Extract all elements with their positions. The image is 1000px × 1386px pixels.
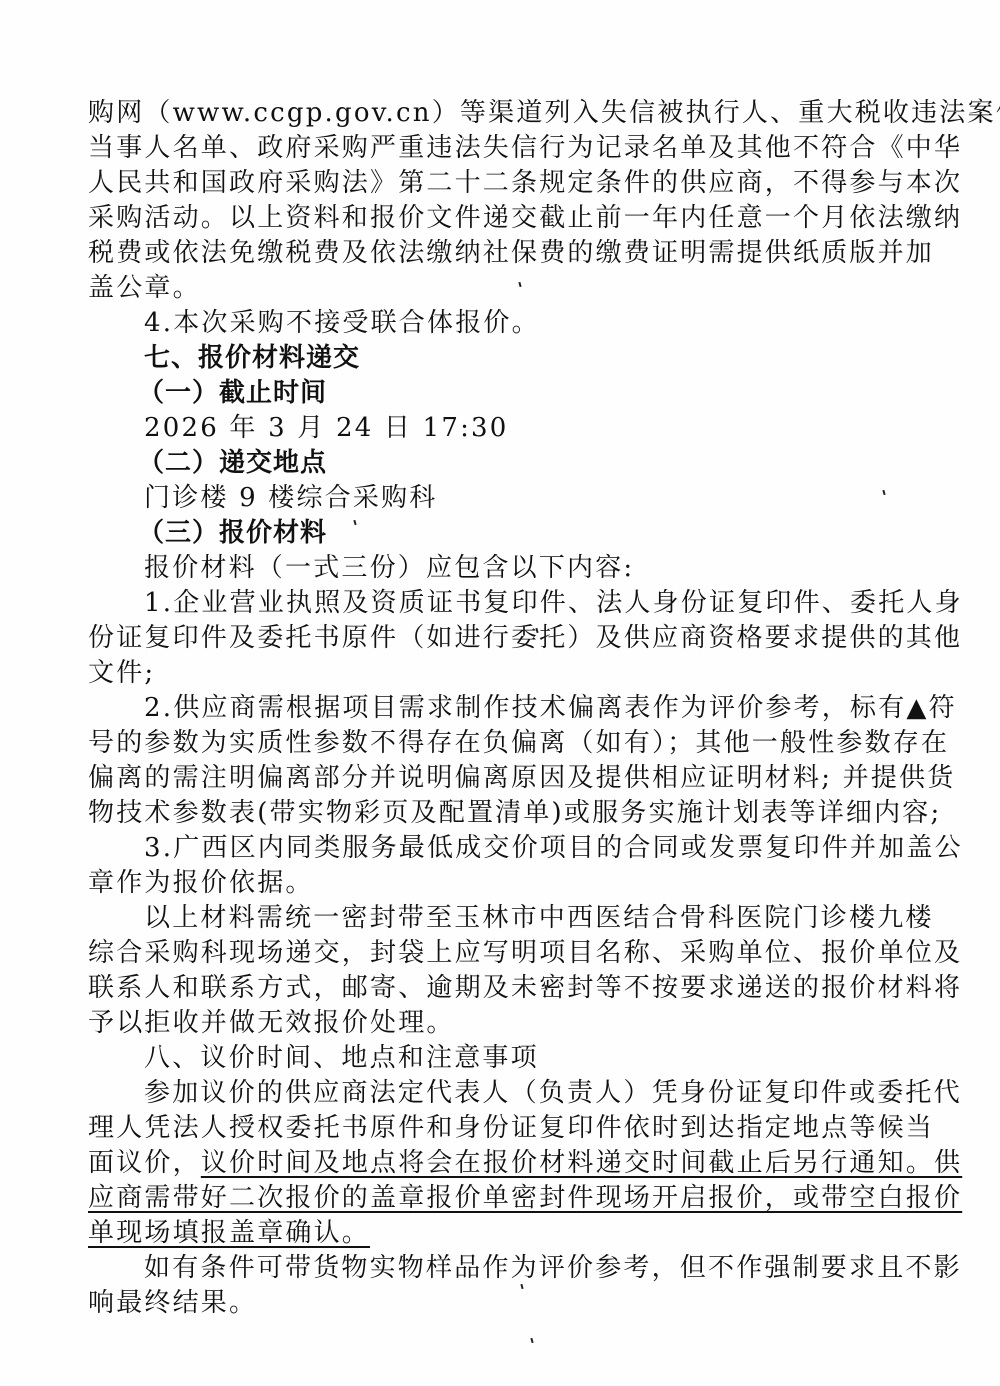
text-line: 单现场填报盖章确认。 <box>88 1216 914 1251</box>
text-line: 号的参数为实质性参数不得存在负偏离（如有）；其他一般性参数存在 <box>88 726 914 761</box>
text-plain: 面议价， <box>88 1148 201 1178</box>
text-line: 理人凭法人授权委托书原件和身份证复印件依时到达指定地点等候当 <box>88 1111 914 1146</box>
text-line: 参加议价的供应商法定代表人（负责人）凭身份证复印件或委托代 <box>88 1076 914 1111</box>
text-line: 税费或依法免缴税费及依法缴纳社保费的缴费证明需提供纸质版并加 <box>88 236 914 271</box>
subsection-deadline-heading: （一）截止时间 <box>88 376 914 411</box>
materials-item-2: 2.供应商需根据项目需求制作技术偏离表作为评价参考，标有▲符 号的参数为实质性参… <box>88 691 914 831</box>
document-body: 购网（www.ccgp.gov.cn）等渠道列入失信被执行人、重大税收违法案件 … <box>88 96 914 1321</box>
text-line: 综合采购科现场递交，封袋上应写明项目名称、采购单位、报价单位及 <box>88 936 914 971</box>
text-line: 物技术参数表(带实物彩页及配置清单)或服务实施计划表等详细内容; <box>88 796 914 831</box>
materials-item-1: 1.企业营业执照及资质证书复印件、法人身份证复印件、委托人身 份证复印件及委托书… <box>88 586 914 691</box>
text-line: 响最终结果。 <box>88 1286 914 1321</box>
text-line: 偏离的需注明偏离部分并说明偏离原因及提供相应证明材料; 并提供货 <box>88 761 914 796</box>
text-line: 人民共和国政府采购法》第二十二条规定条件的供应商，不得参与本次 <box>88 166 914 201</box>
text-line: 联系人和联系方式，邮寄、逾期及未密封等不按要求递送的报价材料将 <box>88 971 914 1006</box>
text-line: 1.企业营业执照及资质证书复印件、法人身份证复印件、委托人身 <box>88 586 914 621</box>
text-line: 面议价，议价时间及地点将会在报价材料递交时间截止后另行通知。供 <box>88 1146 914 1181</box>
scanned-page: 购网（www.ccgp.gov.cn）等渠道列入失信被执行人、重大税收违法案件 … <box>0 0 1000 1386</box>
text-line: 文件; <box>88 656 914 691</box>
subsection-location-heading: （二）递交地点 <box>88 446 914 481</box>
materials-intro: 报价材料（一式三份）应包含以下内容: <box>88 551 914 586</box>
underlined-notice: 应商需带好二次报价的盖章报价单密封件现场开启报价，或带空白报价 <box>88 1183 962 1213</box>
text-line: 章作为报价依据。 <box>88 866 914 901</box>
text-line: 3.广西区内同类服务最低成交价项目的合同或发票复印件并加盖公 <box>88 831 914 866</box>
subsection-materials-heading: （三）报价材料 <box>88 516 914 551</box>
underlined-notice: 单现场填报盖章确认。 <box>88 1218 370 1248</box>
deadline-value: 2026 年 3 月 24 日 17:30 <box>88 411 914 446</box>
negotiation-paragraph: 参加议价的供应商法定代表人（负责人）凭身份证复印件或委托代 理人凭法人授权委托书… <box>88 1076 914 1251</box>
text-line: 当事人名单、政府采购严重违法失信行为记录名单及其他不符合《中华 <box>88 131 914 166</box>
text-line: 以上材料需统一密封带至玉林市中西医结合骨科医院门诊楼九楼 <box>88 901 914 936</box>
item-4-no-consortium: 4.本次采购不接受联合体报价。 <box>88 306 914 341</box>
text-line: 盖公章。 <box>88 271 914 306</box>
materials-item-3: 3.广西区内同类服务最低成交价项目的合同或发票复印件并加盖公 章作为报价依据。 <box>88 831 914 901</box>
text-line: 2.供应商需根据项目需求制作技术偏离表作为评价参考，标有▲符 <box>88 691 914 726</box>
text-line: 采购活动。以上资料和报价文件递交截止前一年内任意一个月依法缴纳 <box>88 201 914 236</box>
paragraph-disqualification: 购网（www.ccgp.gov.cn）等渠道列入失信被执行人、重大税收违法案件 … <box>88 96 914 306</box>
text-line: 份证复印件及委托书原件（如进行委托）及供应商资格要求提供的其他 <box>88 621 914 656</box>
location-value: 门诊楼 9 楼综合采购科 <box>88 481 914 516</box>
sample-paragraph: 如有条件可带货物实物样品作为评价参考，但不作强制要求且不影 响最终结果。 <box>88 1251 914 1321</box>
sealing-instructions: 以上材料需统一密封带至玉林市中西医结合骨科医院门诊楼九楼 综合采购科现场递交，封… <box>88 901 914 1041</box>
underlined-notice: 议价时间及地点将会在报价材料递交时间截止后另行通知。供 <box>201 1148 962 1178</box>
text-line: 购网（www.ccgp.gov.cn）等渠道列入失信被执行人、重大税收违法案件 <box>88 96 914 131</box>
section-8-heading: 八、议价时间、地点和注意事项 <box>88 1041 914 1076</box>
scan-speck <box>530 1338 533 1343</box>
text-line: 予以拒收并做无效报价处理。 <box>88 1006 914 1041</box>
text-line: 应商需带好二次报价的盖章报价单密封件现场开启报价，或带空白报价 <box>88 1181 914 1216</box>
section-7-heading: 七、报价材料递交 <box>88 341 914 376</box>
text-line: 如有条件可带货物实物样品作为评价参考，但不作强制要求且不影 <box>88 1251 914 1286</box>
